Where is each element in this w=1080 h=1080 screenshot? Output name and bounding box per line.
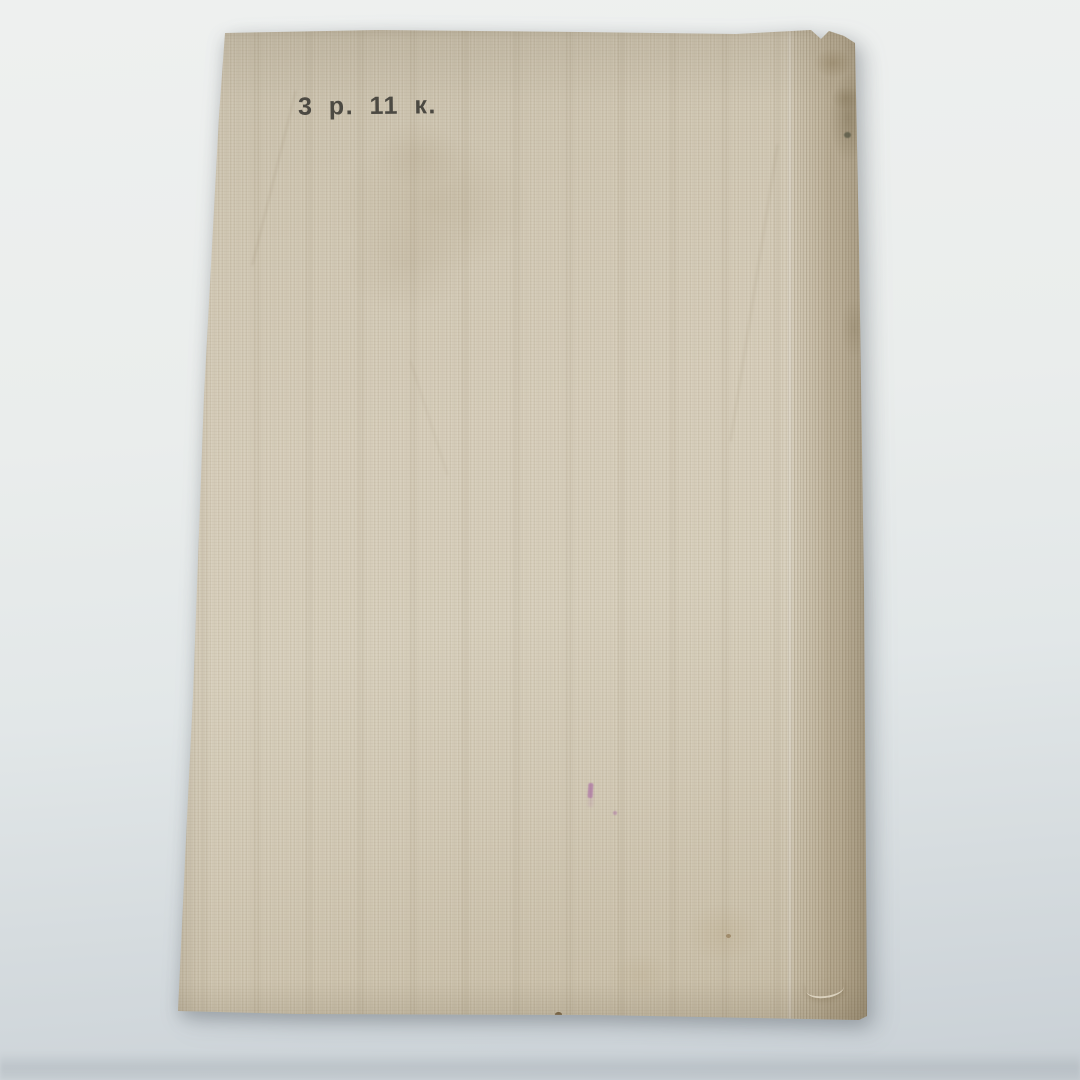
dirt-speck <box>726 934 731 938</box>
wear-spot <box>844 132 851 138</box>
book-back-cover: 3 р. 11 к. <box>178 28 868 1020</box>
cover-edge-shading <box>178 28 868 1020</box>
book-spine-edge <box>788 28 868 1020</box>
surface-shadow-band <box>0 1052 1080 1080</box>
purple-ink-mark <box>587 783 593 798</box>
book: 3 р. 11 к. <box>178 28 868 1020</box>
dirt-speck <box>555 1012 562 1017</box>
price-stamp: 3 р. 11 к. <box>298 93 437 119</box>
purple-ink-dot <box>613 811 617 815</box>
fabric-crease <box>251 90 296 265</box>
photo-backdrop: 3 р. 11 к. <box>0 0 1080 1080</box>
fabric-crease <box>730 145 779 442</box>
fabric-crease <box>410 361 449 476</box>
